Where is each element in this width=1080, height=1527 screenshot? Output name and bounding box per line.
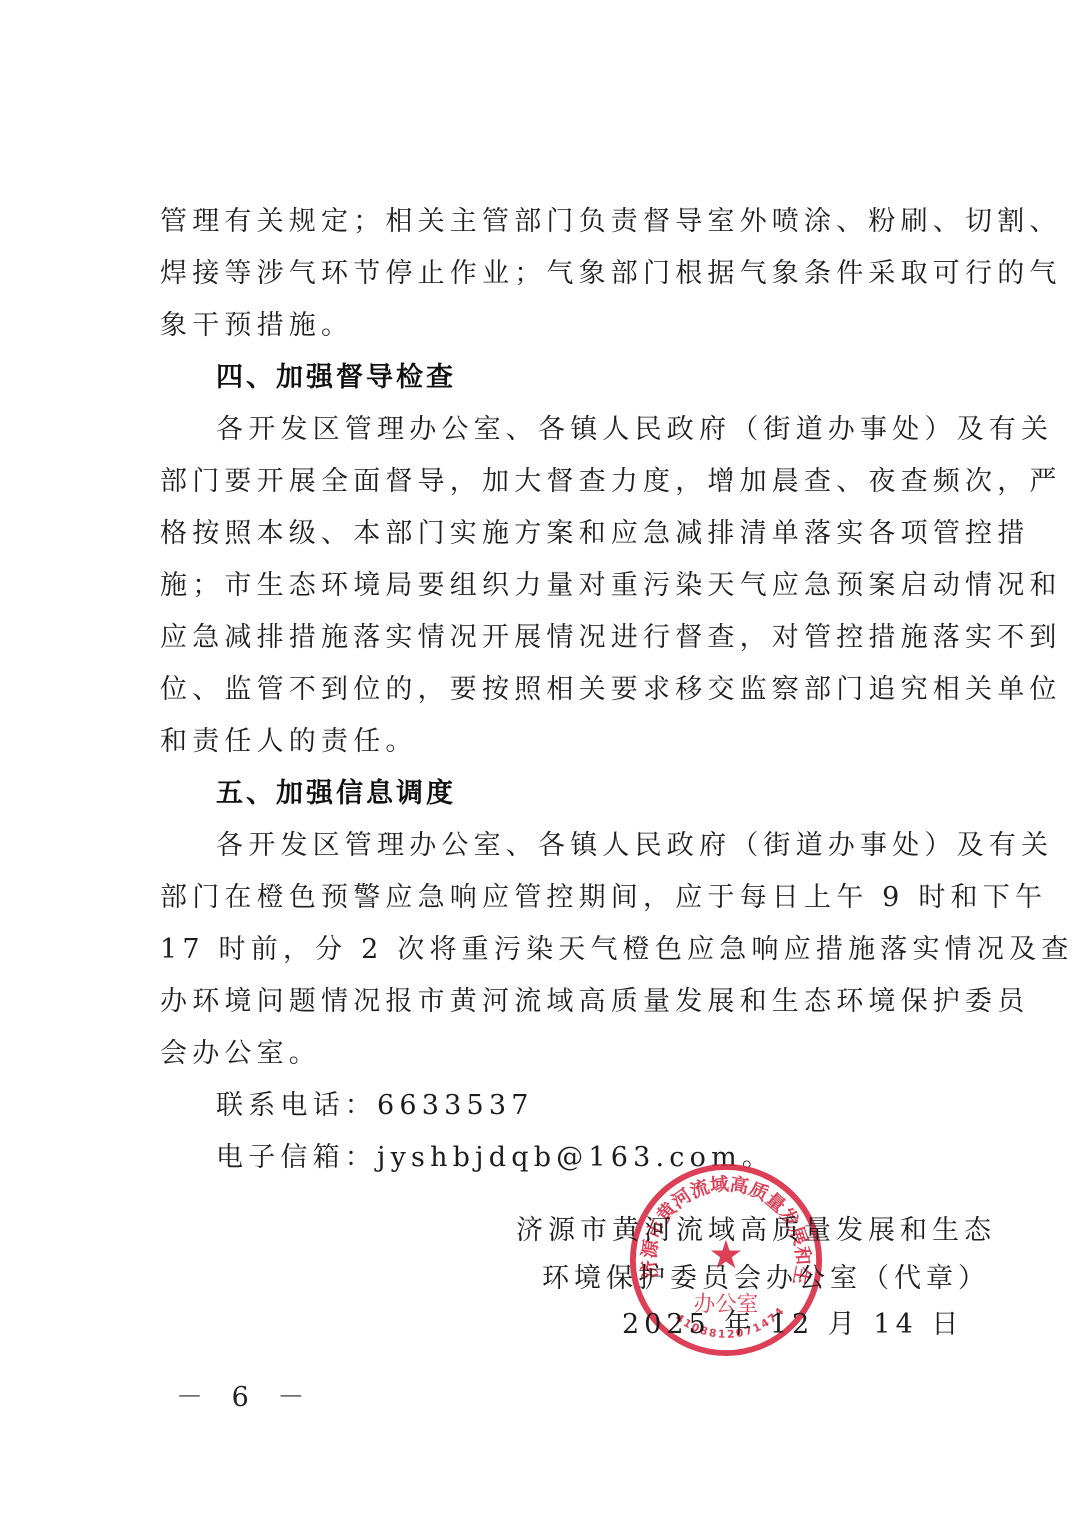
- body-text-line: 格按照本级、本部门实施方案和应急减排清单落实各项管控措: [160, 517, 1029, 551]
- body-text-line: 焊接等涉气环节停止作业；气象部门根据气象条件采取可行的气: [160, 257, 1062, 291]
- body-text-line: 部门在橙色预警应急响应管控期间，应于每日上午 9 时和下午: [160, 881, 1047, 915]
- body-text-line: 应急减排措施落实情况开展情况进行督查，对管控措施落实不到: [160, 621, 1062, 655]
- body-text-line: 办环境问题情况报市黄河流域高质量发展和生态环境保护委员: [160, 985, 1029, 1019]
- section-heading-5: 五、加强信息调度: [216, 777, 456, 811]
- body-text-line: 位、监管不到位的，要按照相关要求移交监察部门追究相关单位: [160, 673, 1062, 707]
- body-text-line: 管理有关规定；相关主管部门负责督导室外喷涂、粉刷、切割、: [160, 205, 1062, 239]
- body-text-line: 部门要开展全面督导，加大督查力度，增加晨查、夜查频次，严: [160, 465, 1062, 499]
- body-text-line: 和责任人的责任。: [160, 725, 418, 759]
- signature-date: 2025 年 12 月 14 日: [622, 1308, 963, 1342]
- body-text-line: 17 时前，分 2 次将重污染天气橙色应急响应措施落实情况及查: [160, 933, 1073, 967]
- signature-org-line1: 济源市黄河流域高质量发展和生态: [516, 1214, 996, 1248]
- contact-phone: 联系电话：6633537: [216, 1089, 534, 1123]
- body-text-line: 各开发区管理办公室、各镇人民政府（街道办事处）及有关: [216, 413, 1053, 447]
- document-page: 管理有关规定；相关主管部门负责督导室外喷涂、粉刷、切割、 焊接等涉气环节停止作业…: [0, 0, 1080, 1527]
- page-number: － 6 －: [176, 1375, 314, 1414]
- section-heading-4: 四、加强督导检查: [216, 361, 456, 395]
- body-text-line: 象干预措施。: [160, 309, 353, 343]
- body-text-line: 会办公室。: [160, 1037, 321, 1071]
- signature-org-line2: 环境保护委员会办公室（代章）: [542, 1262, 990, 1296]
- body-text-line: 施；市生态环境局要组织力量对重污染天气应急预案启动情况和: [160, 569, 1062, 603]
- body-text-line: 各开发区管理办公室、各镇人民政府（街道办事处）及有关: [216, 829, 1053, 863]
